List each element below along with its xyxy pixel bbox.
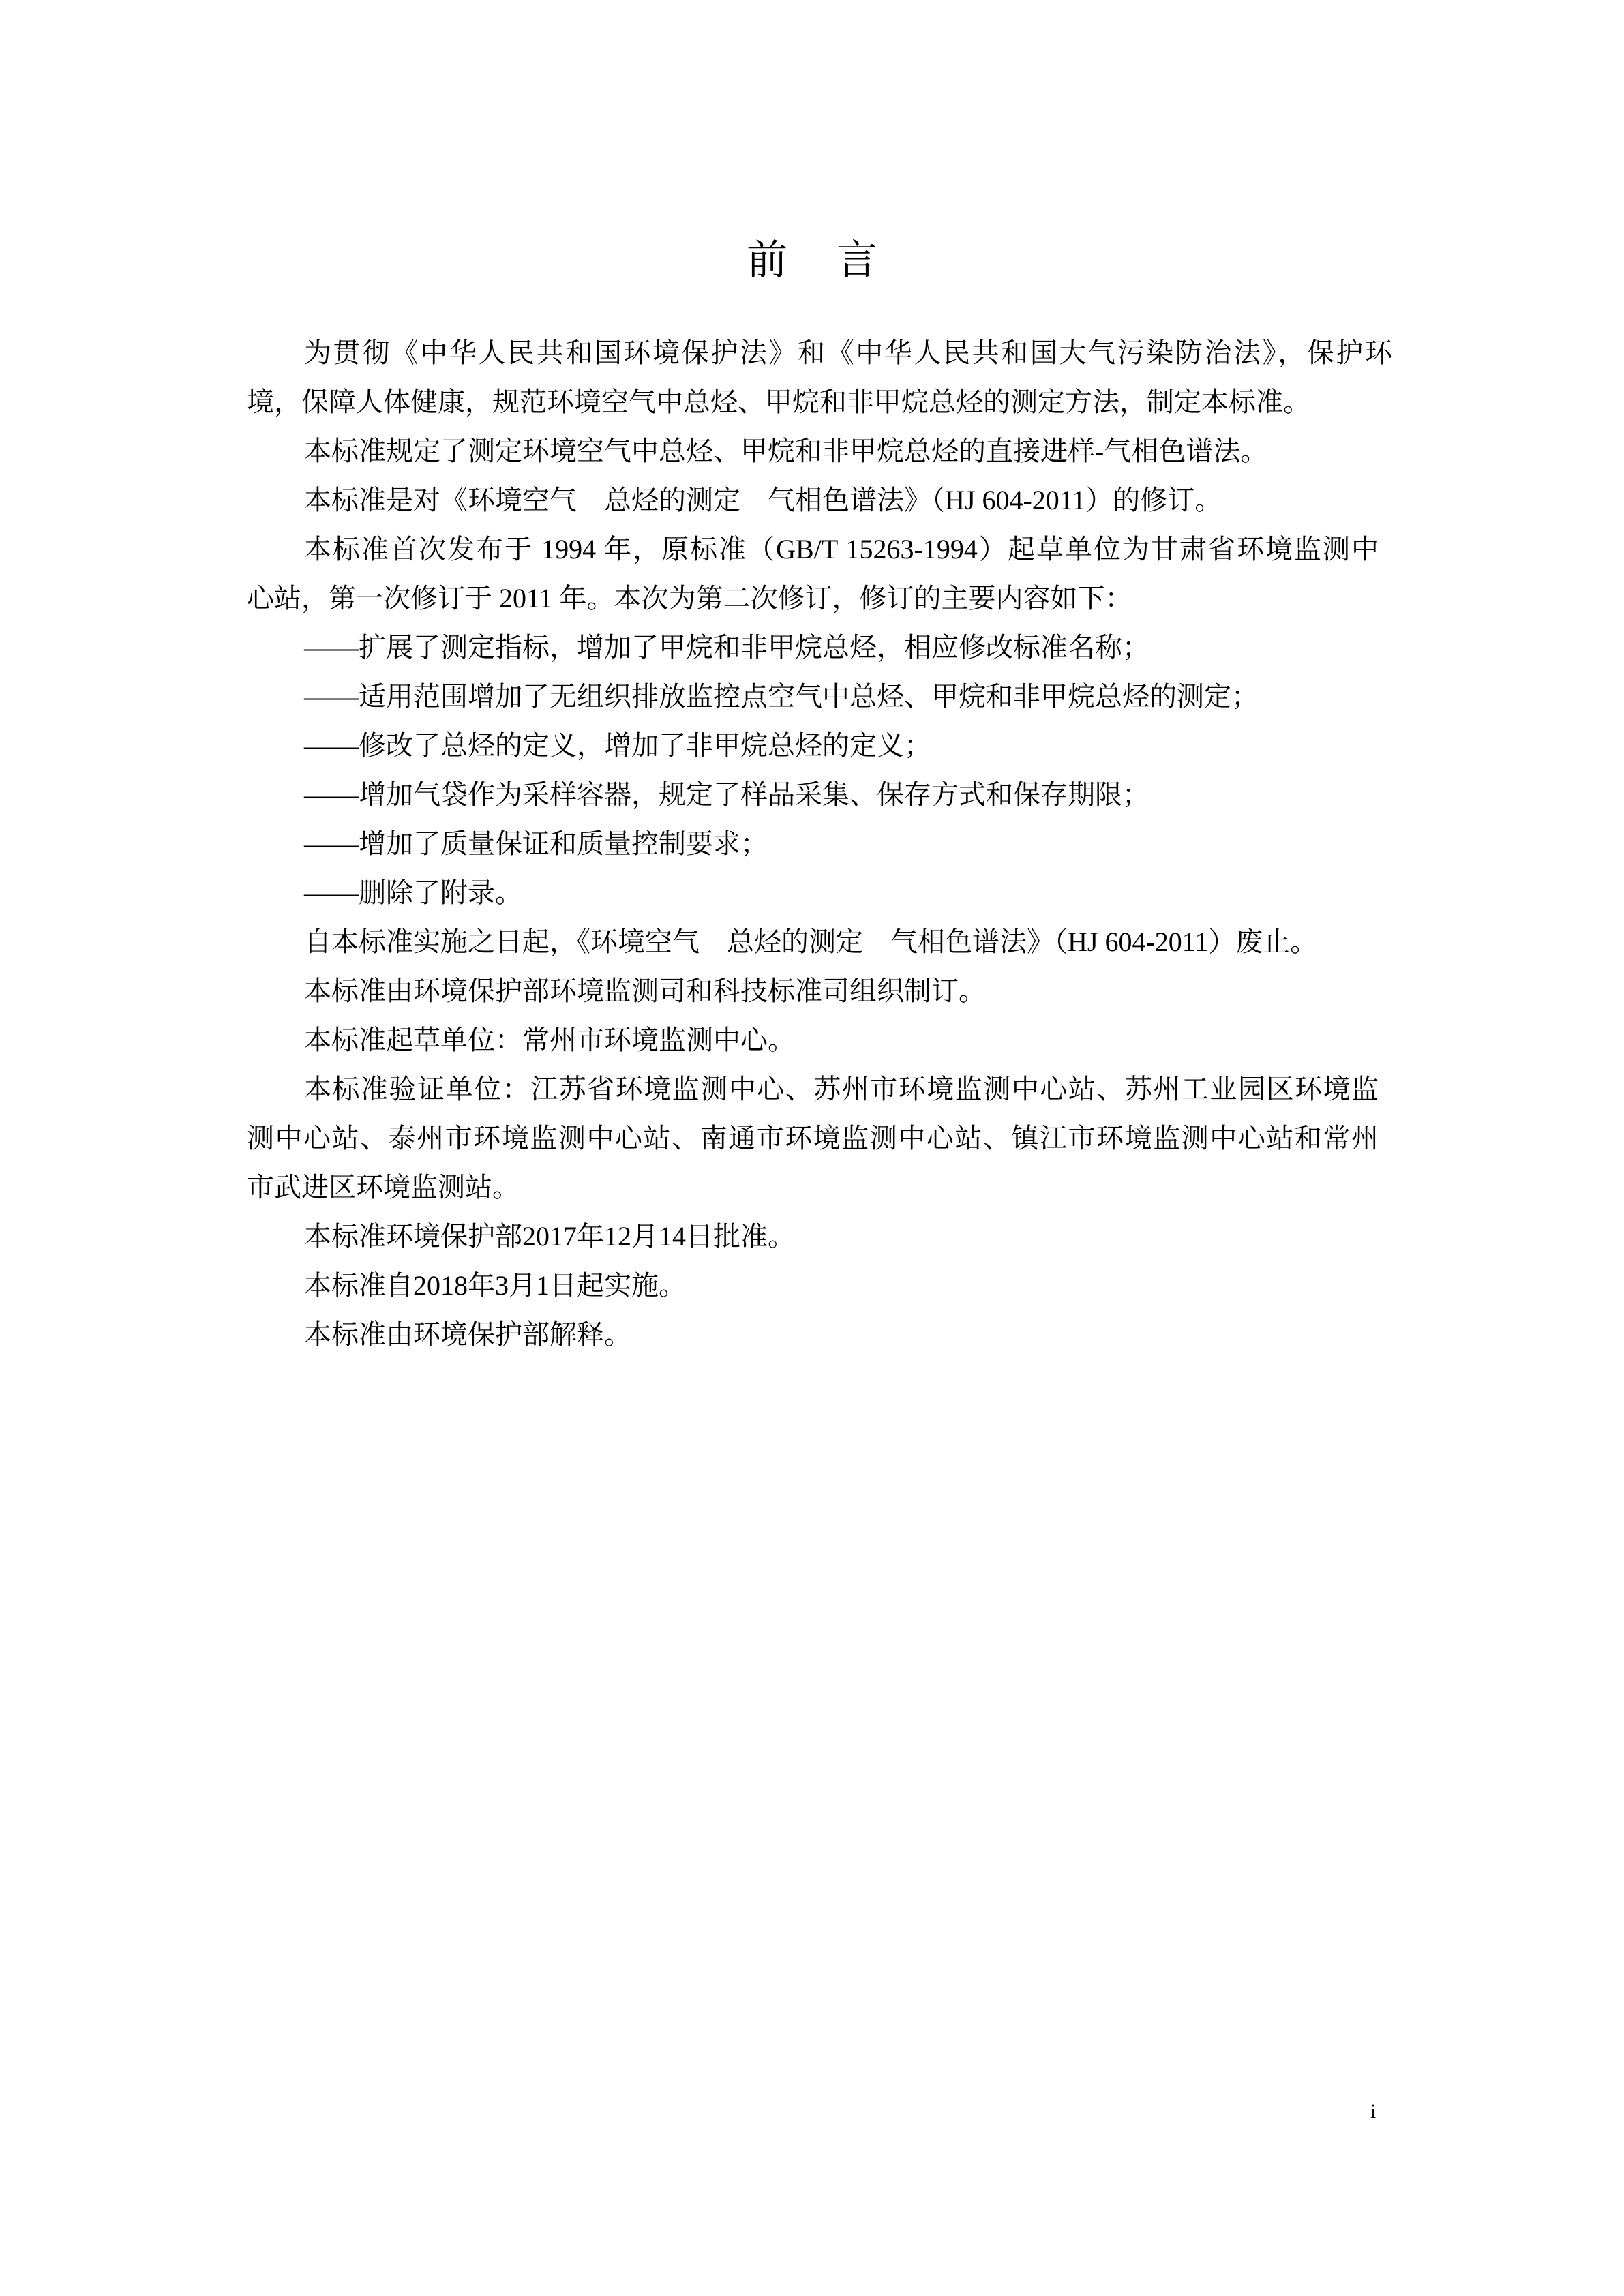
revision-list-item: ——修改了总烃的定义，增加了非甲烷总烃的定义； (247, 721, 1392, 770)
foreword-body: 为贯彻《中华人民共和国环境保护法》和《中华人民共和国大气污染防治法》，保护环 境… (247, 329, 1392, 1359)
drafting-unit-line: 本标准起草单位：常州市环境监测中心。 (247, 1016, 1392, 1065)
revision-list-item: ——扩展了测定指标，增加了甲烷和非甲烷总烃，相应修改标准名称； (247, 623, 1392, 672)
body-line: 自本标准实施之日起，《环境空气 总烃的测定 气相色谱法》（HJ 604-2011… (247, 918, 1392, 967)
body-line: 境，保障人体健康，规范环境空气中总烃、甲烷和非甲烷总烃的测定方法，制定本标准。 (247, 378, 1392, 427)
page-title: 前言 (0, 232, 1624, 289)
effective-date-line: 本标准自2018年3月1日起实施。 (247, 1261, 1392, 1310)
body-line: 本标准由环境保护部环境监测司和科技标准司组织制订。 (247, 967, 1392, 1016)
body-line: 本标准首次发布于 1994 年，原标准（GB/T 15263-1994）起草单位… (247, 525, 1379, 574)
verification-unit-line: 测中心站、泰州市环境监测中心站、南通市环境监测中心站、镇江市环境监测中心站和常州 (247, 1114, 1379, 1163)
revision-list-item: ——删除了附录。 (247, 868, 1392, 918)
revision-list-item: ——适用范围增加了无组织排放监控点空气中总烃、甲烷和非甲烷总烃的测定； (247, 672, 1392, 721)
page-number: i (1370, 2100, 1376, 2124)
body-line: 本标准规定了测定环境空气中总烃、甲烷和非甲烷总烃的直接进样-气相色谱法。 (247, 427, 1392, 476)
revision-list-item: ——增加了质量保证和质量控制要求； (247, 819, 1392, 868)
interpretation-line: 本标准由环境保护部解释。 (247, 1310, 1392, 1359)
verification-unit-line: 市武进区环境监测站。 (247, 1163, 1392, 1212)
body-line: 为贯彻《中华人民共和国环境保护法》和《中华人民共和国大气污染防治法》，保护环 (247, 329, 1392, 378)
revision-list-item: ——增加气袋作为采样容器，规定了样品采集、保存方式和保存期限； (247, 770, 1392, 819)
verification-unit-line: 本标准验证单位：江苏省环境监测中心、苏州市环境监测中心站、苏州工业园区环境监 (247, 1065, 1379, 1114)
body-line: 心站，第一次修订于 2011 年。本次为第二次修订，修订的主要内容如下： (247, 574, 1392, 623)
body-line: 本标准是对《环境空气 总烃的测定 气相色谱法》（HJ 604-2011）的修订。 (247, 476, 1392, 525)
approval-date-line: 本标准环境保护部2017年12月14日批准。 (247, 1212, 1392, 1261)
